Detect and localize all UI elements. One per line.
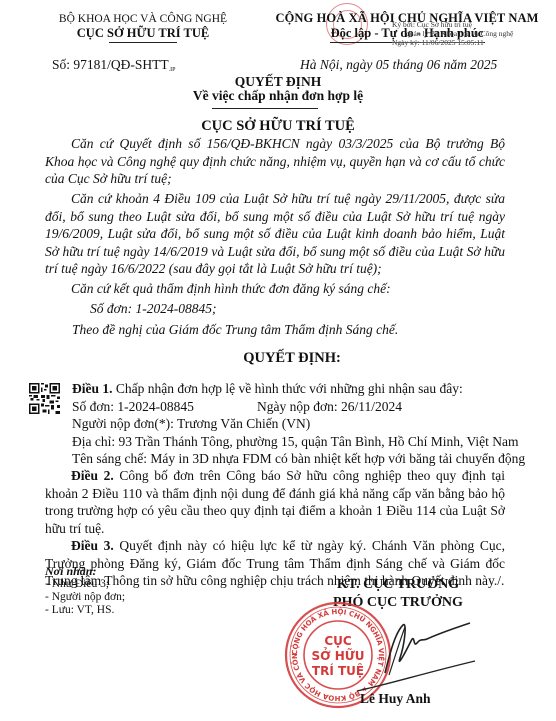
article-2-label: Điều 2. — [71, 468, 114, 483]
article-1-intro: Điều 1. Chấp nhận đơn hợp lệ về hình thứ… — [72, 380, 525, 398]
recipients-block: Nơi nhận: - Như Điều 3; - Người nộp đơn;… — [45, 565, 125, 617]
applicant: Người nộp đơn(*): Trương Văn Chiến (VN) — [72, 415, 525, 433]
article-3-label: Điều 3. — [71, 538, 114, 553]
digital-signature-info: Ký bởi: Cục Sở hữu trí tuệ quản lý Bộ Kh… — [392, 20, 513, 47]
doc-number-suffix: .IP — [169, 67, 176, 73]
signed-by: Ký bởi: Cục Sở hữu trí tuệ — [392, 20, 513, 29]
preamble-p2-text: Căn cứ khoản 4 Điều 109 của Luật Sở hữu … — [45, 190, 505, 278]
document-number: Số: 97181/QĐ-SHTT.IP — [52, 57, 175, 73]
invention-title: Tên sáng chế: Máy in 3D nhựa FDM có bàn … — [72, 450, 525, 468]
preamble-decision-basis: Căn cứ Quyết định số 156/QĐ-BKHCN ngày 0… — [45, 135, 505, 188]
decision-heading-text: QUYẾT ĐỊNH: — [243, 350, 341, 366]
article-2-text: Công bố đơn trên Công báo Sở hữu công ng… — [45, 468, 505, 536]
signed-at: Ngày ký: 11/06/2025 15:05:11 — [392, 38, 513, 47]
title-underline — [212, 108, 318, 109]
qr-code-icon[interactable] — [29, 383, 60, 414]
preamble-proposal: Theo đề nghị của Giám đốc Trung tâm Thẩm… — [72, 322, 398, 338]
recipient-item: - Người nộp đơn; — [45, 591, 125, 604]
agency-name: CỤC SỞ HỮU TRÍ TUỆ — [28, 26, 258, 41]
recipient-item: - Lưu: VT, HS. — [45, 604, 125, 617]
document-subject: Về việc chấp nhận đơn hợp lệ — [0, 88, 556, 104]
application-details-row: Số đơn: 1-2024-08845Ngày nộp đơn: 26/11/… — [72, 398, 525, 416]
article-2: Điều 2. Công bố đơn trên Công báo Sở hữu… — [45, 467, 505, 537]
application-number: Số đơn: 1-2024-08845 — [72, 398, 257, 416]
preamble-law-basis: Căn cứ khoản 4 Điều 109 của Luật Sở hữu … — [45, 190, 505, 278]
preamble-p1-text: Căn cứ Quyết định số 156/QĐ-BKHCN ngày 0… — [45, 135, 505, 188]
article-1-label: Điều 1. — [72, 381, 113, 396]
recipient-item: - Như Điều 3; — [45, 578, 125, 591]
doc-number-value: 97181/QĐ-SHTT — [73, 57, 168, 72]
agency-underline — [109, 42, 177, 43]
doc-number-label: Số: — [52, 57, 70, 72]
decision-heading: QUYẾT ĐỊNH: — [0, 350, 556, 367]
ministry-name: BỘ KHOA HỌC VÀ CÔNG NGHỆ — [28, 12, 258, 26]
issuer-heading: CỤC SỞ HỮU TRÍ TUỆ — [0, 118, 556, 135]
signer-name: Lê Huy Anh — [360, 691, 431, 707]
recipients-label: Nơi nhận: — [45, 565, 125, 578]
place-and-date: Hà Nội, ngày 05 tháng 06 năm 2025 — [300, 57, 497, 73]
preamble-p3-text: Căn cứ kết quả thẩm định hình thức đơn đ… — [45, 280, 505, 298]
filing-date: Ngày nộp đơn: 26/11/2024 — [257, 399, 402, 414]
article-1: Điều 1. Chấp nhận đơn hợp lệ về hình thứ… — [72, 380, 525, 468]
signer-org: quản lý Bộ Khoa học và Công nghệ — [392, 29, 513, 38]
issuing-authority-block: BỘ KHOA HỌC VÀ CÔNG NGHỆ CỤC SỞ HỮU TRÍ … — [28, 12, 258, 43]
signer-title-1: KT. CỤC TRƯỞNG — [313, 577, 483, 593]
preamble-application-number: Số đơn: 1-2024-08845; — [90, 301, 216, 317]
article-1-text: Chấp nhận đơn hợp lệ về hình thức với nh… — [113, 381, 463, 396]
preamble-examination-basis: Căn cứ kết quả thẩm định hình thức đơn đ… — [45, 280, 505, 298]
applicant-address: Địa chỉ: 93 Trần Thánh Tông, phường 15, … — [72, 433, 525, 451]
handwritten-signature-icon — [345, 613, 485, 693]
